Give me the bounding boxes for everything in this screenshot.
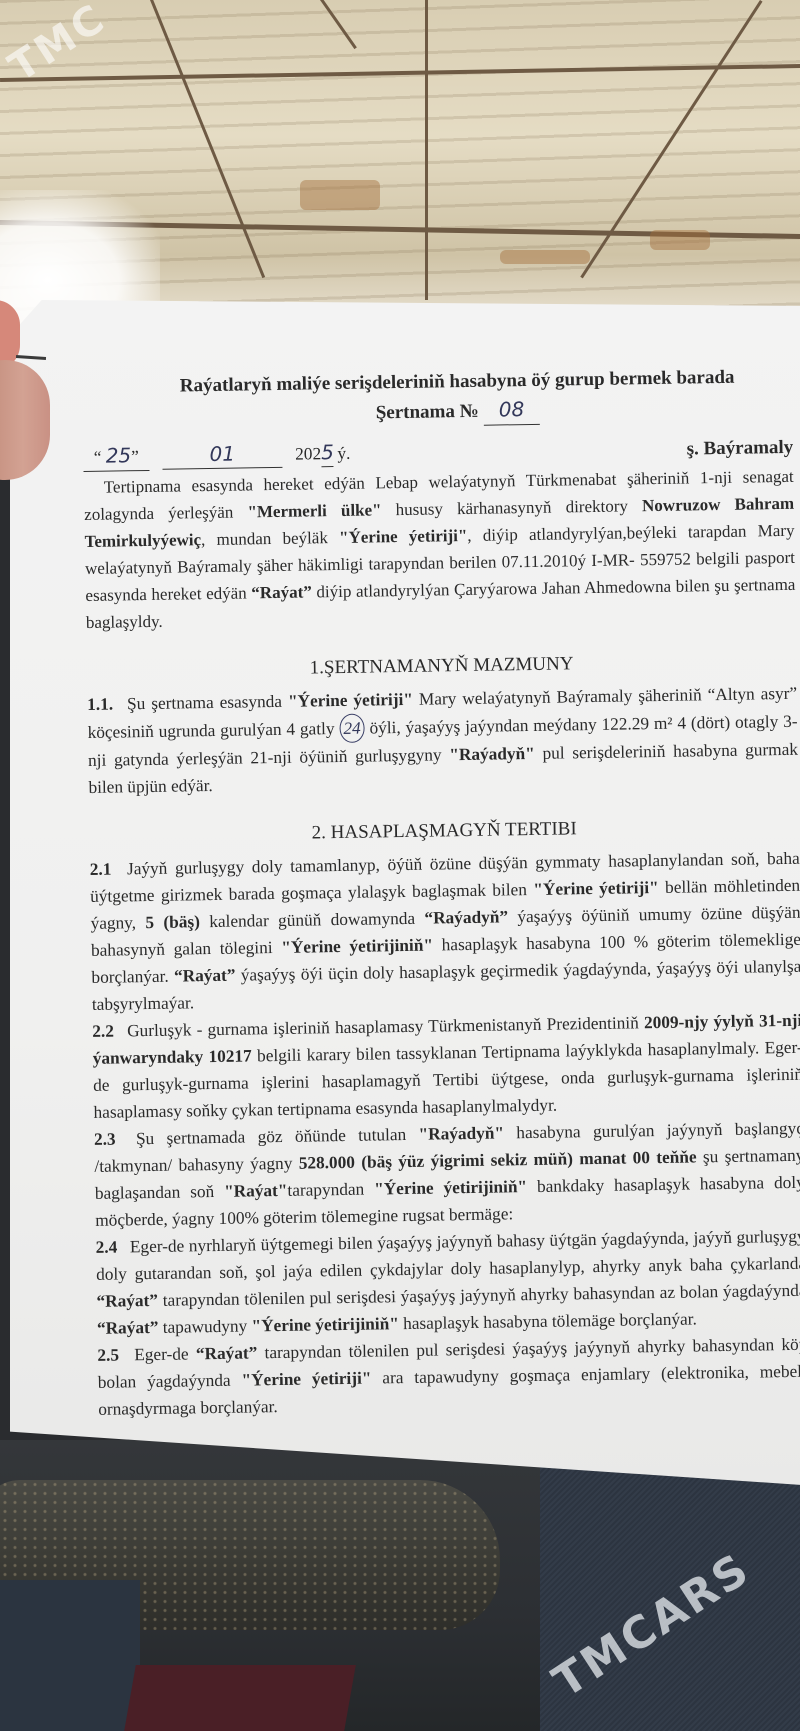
contract-sections: 1.ŞERTNAMANYŇ MAZMUNY1.1. Şu şertnama es… — [86, 647, 800, 1423]
bold-text: “Raýat” — [196, 1343, 258, 1363]
date-day-field: “ 25” — [83, 442, 149, 472]
text-run: hususy kärhanasynyň direktory — [381, 496, 642, 519]
clause-number: 2.1 — [90, 860, 112, 879]
ceiling-beam — [150, 0, 265, 278]
quote-open: “ — [94, 448, 102, 467]
bold-text: "Raýadyň" — [418, 1123, 504, 1143]
rust-stain — [500, 250, 590, 264]
text-run: Şu şertnama esasynda — [121, 692, 288, 714]
bold-text: "Ýerine ýetiriji" — [288, 690, 413, 711]
bold-text: "Ýerine ýetirijiniň" — [281, 936, 433, 957]
text-run: tarapyndan — [287, 1180, 374, 1200]
quote-close: ” — [131, 447, 139, 466]
clause-number: 2.5 — [97, 1346, 119, 1365]
clause: 2.5 Eger-de “Raýat” tarapyndan tölenilen… — [97, 1331, 800, 1423]
bold-text: "Mermerli ülke" — [247, 500, 381, 521]
bold-text: "Ýerine ýetiriji" — [339, 526, 468, 547]
bold-text: "Ýerine ýetirijiniň" — [251, 1314, 399, 1335]
clause-number: 1.1. — [87, 695, 113, 714]
date-year-prefix: 202 — [295, 444, 321, 463]
section-heading: 1.ŞERTNAMANYŇ MAZMUNY — [86, 647, 796, 685]
ceiling-beam — [320, 0, 357, 49]
date-year-unit: ý. — [337, 444, 350, 463]
clause-number: 2.4 — [96, 1238, 118, 1257]
bold-text: 528.000 (bäş ýüz ýigrimi sekiz müň) mana… — [299, 1147, 697, 1172]
clothing-red — [124, 1665, 356, 1731]
bold-text: “Raýat” — [97, 1318, 159, 1338]
clause: 2.4 Eger-de nyrhlaryň üýtgemegi bilen ýa… — [95, 1223, 800, 1342]
bold-text: “Raýadyň” — [424, 907, 508, 927]
ceiling-beam — [0, 64, 800, 82]
clause: 1.1. Şu şertnama esasynda "Ýerine ýetiri… — [87, 680, 799, 801]
text-run: hasaplaşyk hasabyna tölemäge borçlanýar. — [399, 1309, 697, 1333]
contract-city: ş. Baýramaly — [686, 434, 793, 463]
bold-text: "Ýerine ýetirijiniň" — [374, 1177, 527, 1198]
date-day: 25 — [106, 443, 132, 467]
contract-number: 08 — [483, 394, 539, 426]
contract-document: Raýatlaryň maliýe serişdeleriniň hasabyn… — [82, 364, 800, 1423]
bold-text: “Raýat” — [251, 582, 312, 602]
text-run: Gurluşyk - gurnama işleriniň hasaplamasy… — [122, 1013, 644, 1040]
clothing-left — [0, 1580, 140, 1731]
bold-text: 5 (bäş) — [145, 912, 200, 932]
contract-label: Şertnama № — [376, 401, 479, 424]
clause: 2.2 Gurluşyk - gurnama işleriniň hasapla… — [92, 1007, 800, 1126]
bold-text: "Ýerine ýetiriji" — [533, 878, 659, 899]
text-run: Eger-de nyrhlaryň üýtgemegi bilen ýaşaýy… — [96, 1227, 800, 1284]
text-run: kalendar günüň dowamynda — [200, 909, 425, 932]
clause: 2.1 Jaýyň gurluşygy doly tamamlanyp, öýü… — [90, 845, 800, 1018]
bold-text: "Ýerine ýetiriji" — [241, 1369, 371, 1390]
date-month: 01 — [162, 440, 282, 470]
rust-stain — [300, 180, 380, 210]
bold-text: “Raýat” — [174, 966, 236, 986]
ceiling-beam — [425, 0, 428, 300]
text-run: tarapyndan tölenilen pul serişdesi ýaşaý… — [158, 1281, 800, 1310]
circled-number: 24 — [339, 714, 365, 743]
bold-text: "Raýadyň" — [449, 744, 535, 764]
clause-number: 2.3 — [94, 1130, 116, 1149]
text-run: Eger-de — [127, 1344, 196, 1364]
text-run: , mundan beýläk — [201, 528, 339, 549]
clause: 2.3 Şu şertnamada göz öňünde tutulan "Ra… — [94, 1115, 800, 1234]
text-run: Şu şertnamada göz öňünde tutulan — [123, 1125, 418, 1149]
text-run: tapawudyny — [158, 1316, 251, 1336]
rust-stain — [650, 230, 710, 250]
section-heading: 2. HASAPLAŞMAGYŇ TERTIBI — [89, 812, 799, 850]
date-year-suffix: 5 — [321, 439, 333, 467]
bold-text: "Raýat" — [224, 1181, 288, 1201]
bold-text: “Raýat” — [96, 1291, 158, 1311]
clause-number: 2.2 — [92, 1022, 114, 1041]
contract-intro: Tertipnama esasynda hereket edýän Lebap … — [84, 463, 796, 636]
contract-date: “ 25” 01 2025 ý. — [83, 439, 351, 472]
